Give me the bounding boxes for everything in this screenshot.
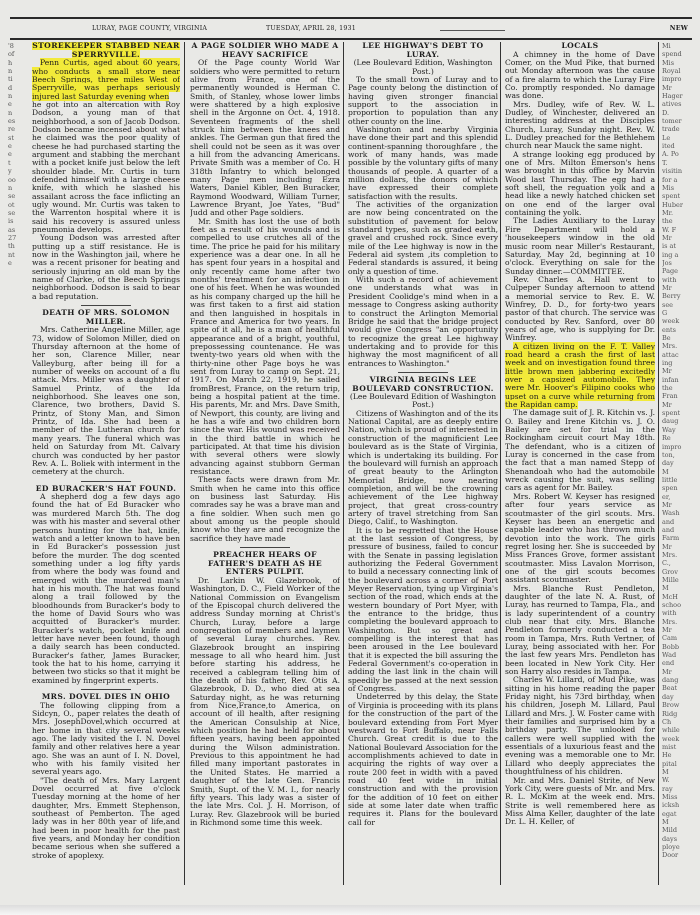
article-paragraph: Mrs. Blanche Rust Pendleton, daughter of… xyxy=(505,585,655,677)
edge-fragment: Huber xyxy=(662,201,696,209)
edge-fragment: n xyxy=(8,109,28,117)
edge-fragment: M xyxy=(662,584,696,592)
edge-fragment: n xyxy=(8,92,28,100)
edge-fragment: with xyxy=(662,609,696,617)
edge-fragment: e xyxy=(8,100,28,108)
edge-fragment: Mis xyxy=(662,59,696,67)
edge-fragment: oo xyxy=(8,176,28,184)
edge-fragment: the xyxy=(662,217,696,225)
edge-fragment: Farm xyxy=(662,534,696,542)
article-paragraph: Undeterred by this delay, the State of V… xyxy=(348,693,498,827)
edge-fragment: attac xyxy=(662,351,696,359)
edge-fragment: n xyxy=(8,184,28,192)
edge-fragment: Wad xyxy=(662,651,696,659)
edge-fragment: Mi xyxy=(662,42,696,50)
edge-fragment: see xyxy=(662,301,696,309)
edge-fragment: ploye xyxy=(662,843,696,851)
article-separator xyxy=(81,305,131,306)
edge-fragment: impro xyxy=(662,75,696,83)
edge-fragment: Berry xyxy=(662,292,696,300)
edge-fragment: Cam xyxy=(662,634,696,642)
edge-fragment: Mrs. xyxy=(662,342,696,350)
edge-fragment: egat xyxy=(662,810,696,818)
article-paragraph: To the small town of Luray and to Page c… xyxy=(348,76,498,126)
masthead-section: NEW xyxy=(670,25,688,32)
edge-fragment: d xyxy=(8,84,28,92)
article-separator xyxy=(398,372,448,373)
edge-fragment: M xyxy=(662,768,696,776)
edge-fragment: D. xyxy=(662,109,696,117)
article-separator xyxy=(81,481,131,482)
edge-fragment: Be xyxy=(662,334,696,342)
edge-fragment: T. xyxy=(662,159,696,167)
edge-fragment: McH xyxy=(662,593,696,601)
edge-fragment: icksh xyxy=(662,801,696,809)
edge-fragment: ti xyxy=(8,75,28,83)
edge-fragment: day xyxy=(662,693,696,701)
edge-fragment: '8 xyxy=(8,42,28,50)
edge-fragment: and xyxy=(662,526,696,534)
edge-fragment: ray xyxy=(662,785,696,793)
edge-fragment: little xyxy=(662,476,696,484)
article-paragraph: Of the Page county World War soldiers wh… xyxy=(190,59,340,218)
masthead: LURAY, PAGE COUNTY, VIRGINIA TUESDAY, AP… xyxy=(0,22,700,36)
edge-fragment: Mrs. xyxy=(662,618,696,626)
column-divider xyxy=(343,42,344,885)
edge-fragment: C., xyxy=(662,559,696,567)
edge-fragment: st xyxy=(8,134,28,142)
edge-fragment: Grov xyxy=(662,568,696,576)
edge-fragment: spend xyxy=(662,50,696,58)
edge-fragment: while xyxy=(662,726,696,734)
edge-fragment: Mr xyxy=(662,284,696,292)
edge-fragment: trade xyxy=(662,125,696,133)
edge-fragment: A. Po xyxy=(662,150,696,158)
article-paragraph: The activities of the organization are n… xyxy=(348,201,498,276)
edge-fragment: Bobb xyxy=(662,643,696,651)
masthead-place: LURAY, PAGE COUNTY, VIRGINIA xyxy=(92,25,207,32)
edge-fragment: se xyxy=(8,209,28,217)
edge-fragment: week xyxy=(662,735,696,743)
edge-fragment: h xyxy=(8,59,28,67)
edge-fragment: dang xyxy=(662,676,696,684)
edge-fragment: Re xyxy=(662,434,696,442)
edge-fragment: G xyxy=(662,309,696,317)
edge-fragment: spent xyxy=(662,409,696,417)
edge-fragment: 27 xyxy=(8,234,28,242)
column-3: LEE HIGHWAY'S DEBT TO LURAY.(Lee Bouleva… xyxy=(348,42,498,893)
article-headline: DEATH OF MRS. SOLOMON MILLER. xyxy=(32,309,180,326)
page-bottom-margin xyxy=(0,905,700,915)
edge-fragment: n xyxy=(8,67,28,75)
masthead-top-rule xyxy=(10,17,692,19)
edge-fragment: Mr xyxy=(662,543,696,551)
edge-fragment: e xyxy=(8,150,28,158)
article-headline: A PAGE SOLDIER WHO MADE A HEAVY SACRIFIC… xyxy=(190,42,340,59)
edge-fragment: Jos xyxy=(662,259,696,267)
edge-fragment: M xyxy=(662,818,696,826)
edge-fragment: Mrs. xyxy=(662,551,696,559)
article-paragraph: The damage suit of J. R. Kitchin vs. J. … xyxy=(505,409,655,492)
edge-fragment: Mis xyxy=(662,184,696,192)
article-paragraph: Citizens of Washington and of the its Na… xyxy=(348,410,498,527)
edge-fragment: week xyxy=(662,317,696,325)
edge-fragment: ited xyxy=(662,142,696,150)
edge-fragment: with xyxy=(662,276,696,284)
edge-fragment: for a xyxy=(662,176,696,184)
edge-fragment: and xyxy=(662,518,696,526)
edge-fragment: Mr xyxy=(662,668,696,676)
edge-fragment: end xyxy=(662,659,696,667)
article-paragraph: It is to be regretted that the House at … xyxy=(348,527,498,694)
edge-fragment: er, xyxy=(662,493,696,501)
edge-fragment: e xyxy=(8,259,28,267)
edge-fragment: spen xyxy=(662,484,696,492)
edge-fragment: schoo xyxy=(662,601,696,609)
article-paragraph: Young Dodson was arrested after putting … xyxy=(32,234,180,301)
article-headline: PREACHER HEARS OF FATHER'S DEATH AS HE E… xyxy=(190,551,340,577)
column-1: STOREKEEPER STABBED NEAR SPERRYVILLE.Pen… xyxy=(32,42,180,893)
edge-fragment: Hager xyxy=(662,92,696,100)
article-headline: VIRGINIA BEGINS LEE BOULEVARD CONSTRUCTI… xyxy=(348,376,498,393)
edge-fragment: nt xyxy=(8,251,28,259)
edge-fragment: M xyxy=(662,468,696,476)
edge-fragment: is xyxy=(8,217,28,225)
article-paragraph: The following clipping from a Sidcyn, O.… xyxy=(32,702,180,777)
edge-fragment: ents xyxy=(662,326,696,334)
edge-fragment: y xyxy=(8,167,28,175)
edge-fragment: es xyxy=(8,117,28,125)
edge-fragment: mist xyxy=(662,743,696,751)
article-paragraph: A strange looking egg produced by one of… xyxy=(505,151,655,218)
edge-fragment: Ridg xyxy=(662,710,696,718)
edge-fragment: spent xyxy=(662,192,696,200)
edge-fragment: Door xyxy=(662,851,696,859)
edge-fragment: Beat xyxy=(662,684,696,692)
edge-fragment: Mille xyxy=(662,576,696,584)
article-paragraph: he got into an altercation with Roy Dods… xyxy=(32,101,180,235)
edge-fragment: as xyxy=(8,226,28,234)
edge-fragment: e xyxy=(8,142,28,150)
newspaper-page: LURAY, PAGE COUNTY, VIRGINIA TUESDAY, AP… xyxy=(0,0,700,905)
edge-fragment: the xyxy=(662,384,696,392)
edge-fragment: Mild xyxy=(662,826,696,834)
edge-fragment: ton, xyxy=(662,451,696,459)
article-subhead: (Lee Boulevard Edition of Washington Pos… xyxy=(348,393,498,410)
edge-fragment: W. xyxy=(662,776,696,784)
edge-fragment: infan xyxy=(662,376,696,384)
article-paragraph: "The death of Mrs. Mary Largent Dovel oc… xyxy=(32,777,180,860)
article-paragraph: Charles W. Lillard, of Mud Pike, was sit… xyxy=(505,676,655,776)
edge-fragment: is at xyxy=(662,242,696,250)
article-paragraph: A shepherd dog a few days ago found the … xyxy=(32,493,180,685)
edge-fragment: Brow xyxy=(662,701,696,709)
article-paragraph: These facts were drawn from Mr. Smith wh… xyxy=(190,476,340,543)
column-4-locals: LOCALSA chimney in the home of Dave Come… xyxy=(505,42,655,893)
edge-fragment: Royal xyxy=(662,67,696,75)
article-headline: STOREKEEPER STABBED NEAR SPERRYVILLE. xyxy=(32,42,180,59)
column-divider xyxy=(658,42,659,885)
article-paragraph: Mr. Smith has lost the use of both feet … xyxy=(190,218,340,477)
edge-fragment: atives xyxy=(662,100,696,108)
edge-fragment: Mr xyxy=(662,401,696,409)
edge-fragment: daug xyxy=(662,417,696,425)
edge-fragment: He xyxy=(662,751,696,759)
article-paragraph: A citizen living on the F. T. Valley roa… xyxy=(505,343,655,410)
article-subhead: (Lee Boulevard Edition, Washington Post.… xyxy=(348,59,498,76)
edge-fragment: impro xyxy=(662,443,696,451)
column-divider xyxy=(184,42,185,885)
edge-fragment: Mr xyxy=(662,234,696,242)
edge-fragment: Fran xyxy=(662,392,696,400)
edge-fragment: Page xyxy=(662,267,696,275)
article-paragraph: Washington and nearby Virginia have done… xyxy=(348,126,498,201)
edge-fragment: visitin xyxy=(662,167,696,175)
edge-fragment: se xyxy=(8,192,28,200)
right-edge-fragments: MispendMisRoyalimproMrHagerativesD.tomer… xyxy=(662,42,696,893)
edge-fragment: th xyxy=(8,242,28,250)
masthead-dash xyxy=(440,30,505,31)
edge-fragment: pital xyxy=(662,760,696,768)
article-paragraph: Mrs. Dudley, wife of Rev. W. L. Dudley, … xyxy=(505,101,655,151)
article-headline: LEE HIGHWAY'S DEBT TO LURAY. xyxy=(348,42,498,59)
article-paragraph: Rev. Charles A. Hall went to Culpeper Su… xyxy=(505,276,655,343)
column-divider xyxy=(500,42,501,885)
edge-fragment: Le xyxy=(662,134,696,142)
edge-fragment: ing xyxy=(662,359,696,367)
edge-fragment: tomer xyxy=(662,117,696,125)
edge-fragment: ot xyxy=(8,201,28,209)
edge-fragment: Mr xyxy=(662,367,696,375)
article-paragraph: Dr. Larkin W. Glazebrook, of Washington,… xyxy=(190,577,340,827)
article-paragraph: Mr. and Mrs. Daniel Strite, of New York … xyxy=(505,777,655,827)
edge-fragment: Way xyxy=(662,426,696,434)
article-paragraph: A chimney in the home of Dave Comer, on … xyxy=(505,51,655,101)
left-edge-fragments: '8ofhntidnenesresteetyoonseotseisas27thn… xyxy=(8,42,28,893)
edge-fragment: Ch xyxy=(662,718,696,726)
article-separator xyxy=(81,689,131,690)
edge-fragment: day xyxy=(662,459,696,467)
masthead-date: TUESDAY, APRIL 28, 1931 xyxy=(266,25,356,32)
edge-fragment: re xyxy=(8,125,28,133)
edge-fragment: Mr. xyxy=(662,209,696,217)
article-separator xyxy=(240,547,290,548)
edge-fragment: Miss xyxy=(662,793,696,801)
article-paragraph: Mrs. Robert W. Keyser has resigned after… xyxy=(505,493,655,585)
article-paragraph: The Ladies Auxiliary to the Luray Fire D… xyxy=(505,217,655,275)
article-paragraph: Mrs. Catherine Angeline Miller, age 73, … xyxy=(32,326,180,476)
edge-fragment: Mr xyxy=(662,501,696,509)
edge-fragment: Wash xyxy=(662,509,696,517)
column-2: A PAGE SOLDIER WHO MADE A HEAVY SACRIFIC… xyxy=(190,42,340,893)
masthead-bottom-rule xyxy=(10,38,692,40)
edge-fragment: Mr xyxy=(662,626,696,634)
edge-fragment: Mr xyxy=(662,84,696,92)
edge-fragment: ing a xyxy=(662,251,696,259)
edge-fragment: days xyxy=(662,835,696,843)
article-paragraph: With such a record of achievement one un… xyxy=(348,276,498,368)
edge-fragment: t xyxy=(8,159,28,167)
edge-fragment: W. F xyxy=(662,226,696,234)
article-paragraph: Penn Curtis, aged about 60 years, who co… xyxy=(32,59,180,101)
edge-fragment: of xyxy=(8,50,28,58)
